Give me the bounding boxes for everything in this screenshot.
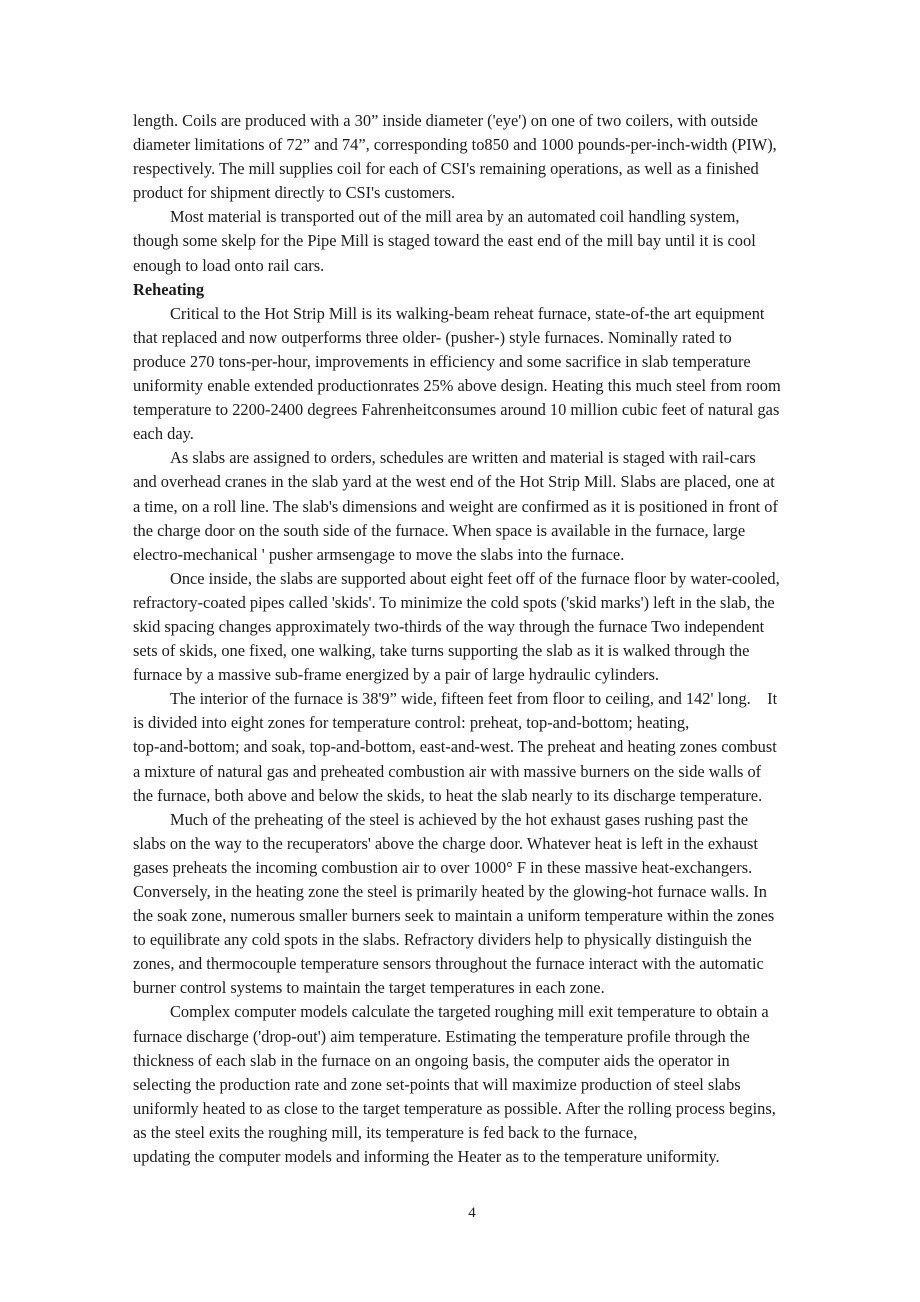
paragraph: Critical to the Hot Strip Mill is its wa…	[133, 302, 795, 447]
page-number: 4	[12, 1203, 920, 1223]
document-text-block: length. Coils are produced with a 30” in…	[133, 109, 795, 1169]
paragraph: Most material is transported out of the …	[133, 205, 795, 277]
paragraph: length. Coils are produced with a 30” in…	[133, 109, 795, 205]
paragraph: As slabs are assigned to orders, schedul…	[133, 446, 795, 566]
paragraph: Once inside, the slabs are supported abo…	[133, 567, 795, 687]
paragraph: Much of the preheating of the steel is a…	[133, 808, 795, 1001]
paragraph: Complex computer models calculate the ta…	[133, 1000, 795, 1169]
paragraph: The interior of the furnace is 38'9” wid…	[133, 687, 795, 807]
section-heading: Reheating	[133, 278, 795, 302]
document-page: length. Coils are produced with a 30” in…	[0, 0, 920, 1302]
